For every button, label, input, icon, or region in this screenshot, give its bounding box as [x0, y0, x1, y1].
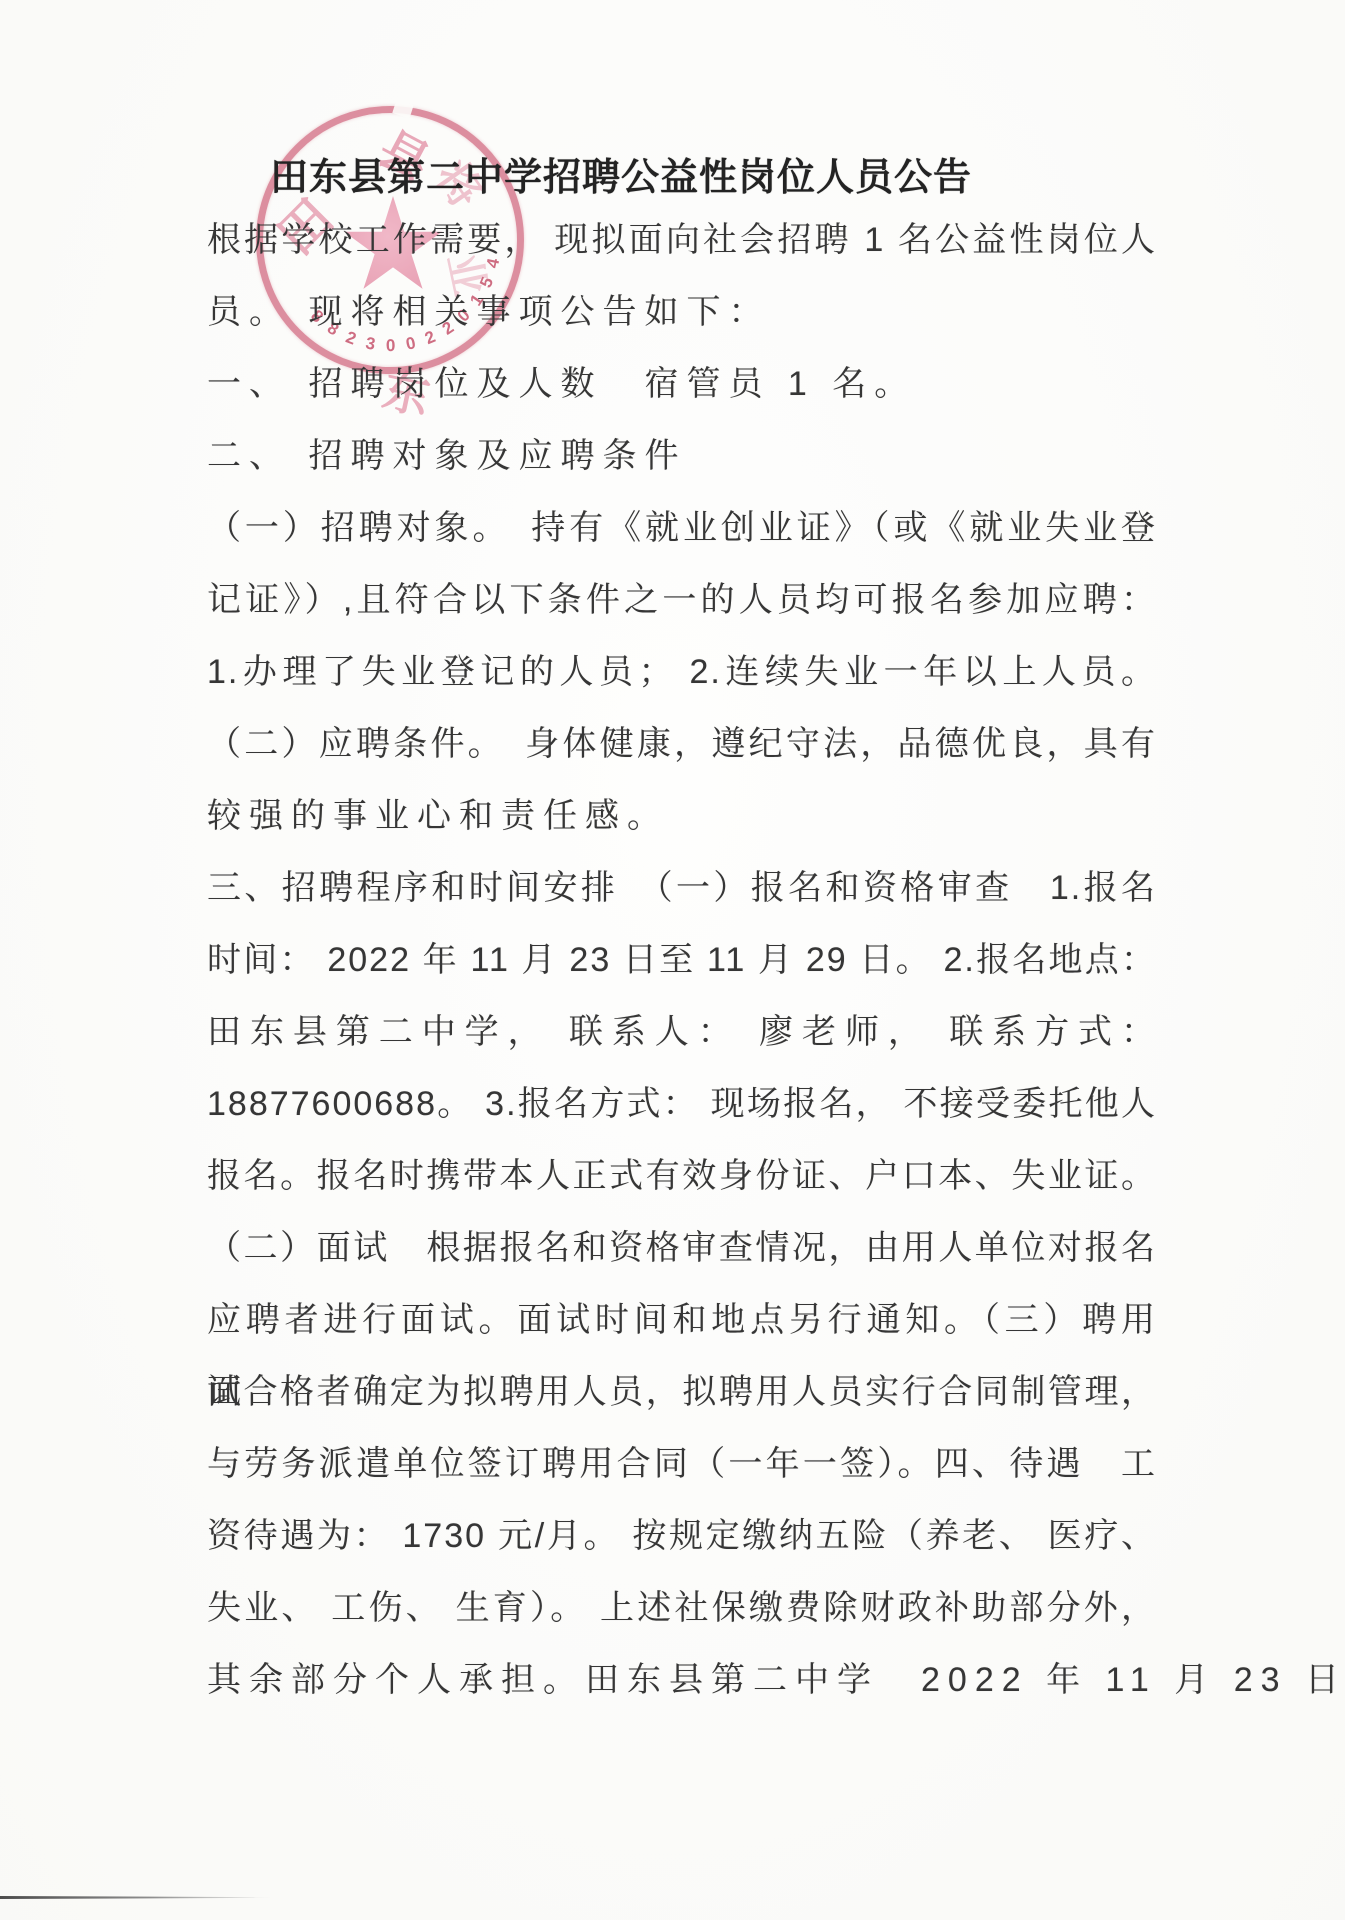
body-line: （二）面试 根据报名和资格审查情况，由用人单位对报名: [207, 1212, 1157, 1284]
body-line: 员。 现将相关事项公告如下：: [207, 276, 1157, 348]
body-line: 1.办理了失业登记的人员； 2.连续失业一年以上人员。: [207, 636, 1157, 708]
body-line: 记证》）,且符合以下条件之一的人员均可报名参加应聘：: [207, 564, 1157, 636]
seal-ring-gap: [392, 100, 413, 119]
body-line: 较强的事业心和责任感。: [207, 780, 1157, 852]
document-body: 根据学校工作需要， 现拟面向社会招聘 1 名公益性岗位人员。 现将相关事项公告如…: [207, 204, 1157, 1716]
body-line: （一）招聘对象。 持有《就业创业证》（或《就业失业登: [207, 492, 1157, 564]
body-line: 报名。报名时携带本人正式有效身份证、户口本、失业证。: [207, 1140, 1157, 1212]
body-line: 三、招聘程序和时间安排 （一）报名和资格审查 1.报名: [207, 852, 1157, 924]
body-line: 二、 招聘对象及应聘条件: [207, 420, 1157, 492]
body-line: 田东县第二中学， 联系人： 廖老师， 联系方式：: [207, 996, 1157, 1068]
body-line: 失业、 工伤、 生育）。 上述社保缴费除财政补助部分外，: [207, 1572, 1157, 1644]
body-line: 试合格者确定为拟聘用人员，拟聘用人员实行合同制管理，: [207, 1356, 1157, 1428]
body-line: （二）应聘条件。 身体健康，遵纪守法，品德优良，具有: [207, 708, 1157, 780]
body-line: 与劳务派遣单位签订聘用合同（一年一签）。四、待遇 工: [207, 1428, 1157, 1500]
scanned-announcement-page: 田县将业东 451022003288 田东县第二中学招聘公益性岗位人员公告 根据…: [0, 0, 1345, 1920]
body-line: 应聘者进行面试。面试时间和地点另行通知。（三）聘用 面: [207, 1284, 1157, 1356]
scan-artifact-line: [0, 1896, 272, 1899]
body-line: 根据学校工作需要， 现拟面向社会招聘 1 名公益性岗位人: [207, 204, 1157, 276]
body-line: 资待遇为： 1730 元/月。 按规定缴纳五险（养老、 医疗、: [207, 1500, 1157, 1572]
body-line: 时间： 2022 年 11 月 23 日至 11 月 29 日。 2.报名地点：: [207, 924, 1157, 996]
body-line: 18877600688。 3.报名方式： 现场报名， 不接受委托他人: [207, 1068, 1157, 1140]
body-line: 一、 招聘岗位及人数 宿管员 1 名。: [207, 348, 1157, 420]
document-title: 田东县第二中学招聘公益性岗位人员公告: [222, 146, 1182, 201]
body-line: 其余部分个人承担。田东县第二中学 2022 年 11 月 23 日: [207, 1644, 1157, 1716]
